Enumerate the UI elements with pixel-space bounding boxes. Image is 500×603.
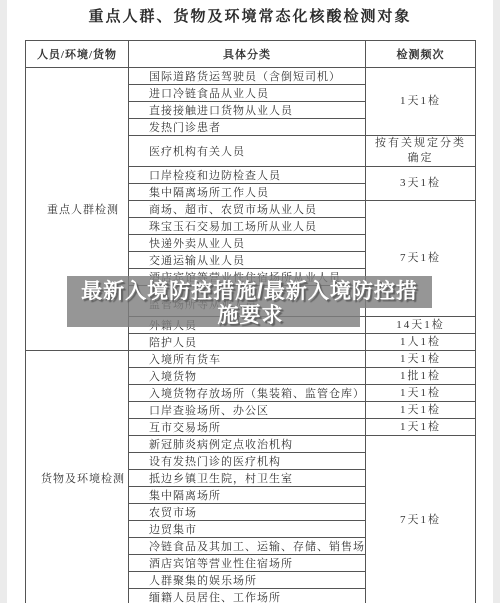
frequency-cell: 1天1检: [366, 402, 476, 419]
frequency-cell: 14天1检: [366, 317, 476, 334]
frequency-cell: 1天1检: [366, 419, 476, 436]
category-cell: 酒店宾馆等营业性住宿场所从业人员: [129, 269, 366, 286]
group-label-cell: 货物及环境检测: [26, 351, 129, 603]
category-cell: 直接接触进口货物从业人员: [129, 102, 366, 119]
category-cell: 入境所有货车: [129, 351, 366, 368]
frequency-cell: 1批1检: [366, 368, 476, 385]
category-cell: 冷链食品及其加工、运输、存储、销售场所: [129, 538, 366, 555]
page-title: 重点人群、货物及环境常态化核酸检测对象: [0, 5, 500, 26]
category-cell: 监管场所等从业人员: [129, 286, 366, 317]
frequency-cell: 1人1检: [366, 334, 476, 351]
category-cell: 交通运输从业人员: [129, 252, 366, 269]
frequency-cell: 1天1检: [366, 68, 476, 136]
category-cell: 口岸检疫和边防检查人员: [129, 167, 366, 184]
category-cell: 国际道路货运驾驶员（含倒短司机）: [129, 68, 366, 85]
category-cell: 口岸查验场所、办公区: [129, 402, 366, 419]
header-person-env-goods: 人员/环境/货物: [26, 41, 129, 68]
category-cell: 进口冷链食品从业人员: [129, 85, 366, 102]
category-cell: 农贸市场: [129, 504, 366, 521]
category-cell: 集中隔离场所工作人员: [129, 184, 366, 201]
frequency-cell: 1天1检: [366, 385, 476, 402]
category-cell: 设有发热门诊的医疗机构: [129, 453, 366, 470]
category-cell: 入境货物存放场所（集装箱、监管仓库）: [129, 385, 366, 402]
category-cell: 入境货物: [129, 368, 366, 385]
category-cell: 缅籍人员居住、工作场所: [129, 589, 366, 603]
frequency-cell: 7天1检: [366, 201, 476, 317]
category-cell: 边贸集市: [129, 521, 366, 538]
category-cell: 发热门诊患者: [129, 119, 366, 136]
header-specific-category: 具体分类: [129, 41, 366, 68]
frequency-cell: 1天1检: [366, 351, 476, 368]
category-cell: 集中隔离场所: [129, 487, 366, 504]
category-cell: 快递外卖从业人员: [129, 235, 366, 252]
table-body: 重点人群检测国际道路货运驾驶员（含倒短司机）1天1检进口冷链食品从业人员直接接触…: [26, 68, 476, 603]
category-cell: 互市交易场所: [129, 419, 366, 436]
page-left-margin: [0, 0, 7, 603]
table-row: 货物及环境检测入境所有货车1天1检: [26, 351, 476, 368]
category-cell: 新冠肺炎病例定点收治机构: [129, 436, 366, 453]
frequency-cell: 3天1检: [366, 167, 476, 201]
group-label-cell: 重点人群检测: [26, 68, 129, 351]
category-cell: 医疗机构有关人员: [129, 136, 366, 167]
category-cell: 酒店宾馆等营业性住宿场所: [129, 555, 366, 572]
table-header-row: 人员/环境/货物 具体分类 检测频次: [26, 41, 476, 68]
category-cell: 外籍人员: [129, 317, 366, 334]
category-cell: 人群聚集的娱乐场所: [129, 572, 366, 589]
testing-table: 人员/环境/货物 具体分类 检测频次 重点人群检测国际道路货运驾驶员（含倒短司机…: [25, 40, 476, 603]
table-row: 重点人群检测国际道路货运驾驶员（含倒短司机）1天1检: [26, 68, 476, 85]
category-cell: 商场、超市、农贸市场从业人员: [129, 201, 366, 218]
category-cell: 陪护人员: [129, 334, 366, 351]
frequency-cell: 7天1检: [366, 436, 476, 603]
page-right-margin: [493, 0, 500, 603]
frequency-cell: 按有关规定分类 确定: [366, 136, 476, 167]
header-testing-frequency: 检测频次: [366, 41, 476, 68]
category-cell: 抵边乡镇卫生院，村卫生室: [129, 470, 366, 487]
category-cell: 珠宝玉石交易加工场所从业人员: [129, 218, 366, 235]
